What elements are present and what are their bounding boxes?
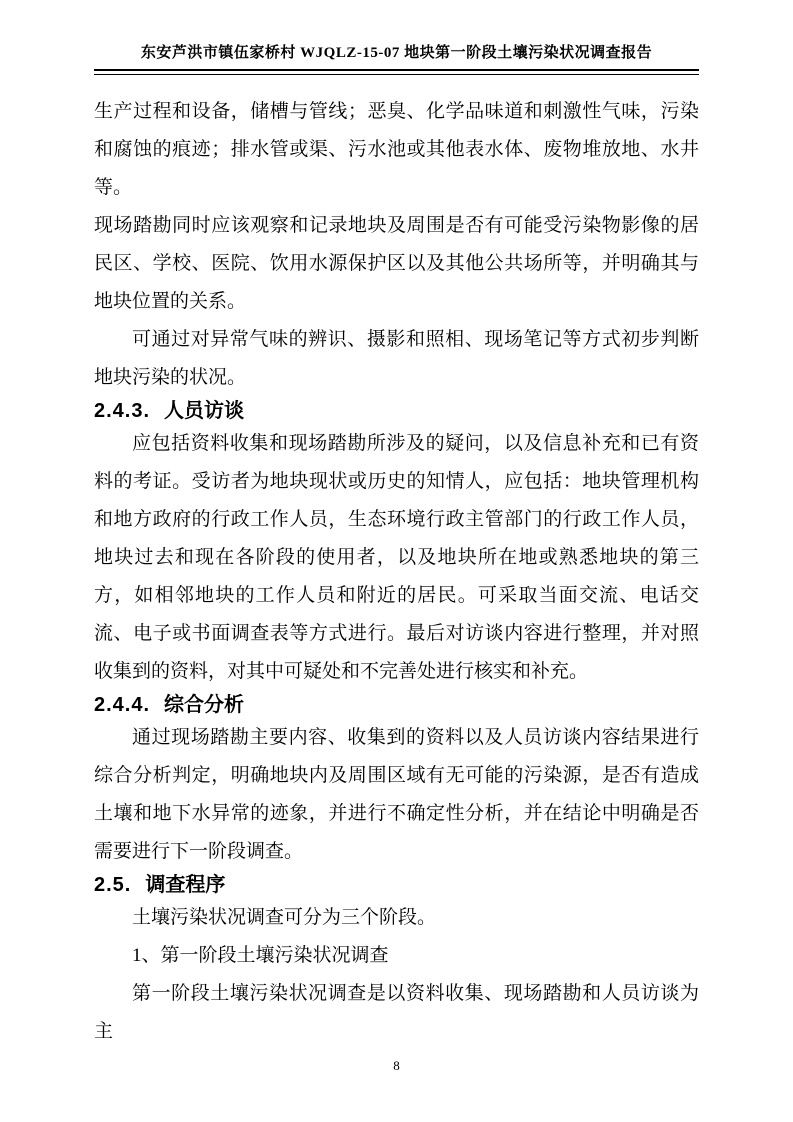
heading-2-5-survey-procedure: 2.5.调查程序 (94, 871, 699, 899)
heading-number: 2.5. (94, 874, 131, 896)
page-header: 东安芦洪市镇伍家桥村 WJQLZ-15-07 地块第一阶段土壤污染状况调查报告 (0, 0, 793, 75)
header-title: 东安芦洪市镇伍家桥村 WJQLZ-15-07 地块第一阶段土壤污染状况调查报告 (94, 42, 699, 64)
paragraph-interview-content: 应包括资料收集和现场踏勘所涉及的疑问，以及信息补充和已有资料的考证。受访者为地块… (94, 425, 699, 691)
paragraph-production-equipment: 生产过程和设备，储槽与管线；恶臭、化学品味道和刺激性气味，污染和腐蚀的痕迹；排水… (94, 93, 699, 207)
heading-number: 2.4.4. (94, 694, 150, 716)
heading-2-4-4-comprehensive-analysis: 2.4.4.综合分析 (94, 691, 699, 719)
paragraph-site-reconnaissance: 现场踏勘同时应该观察和记录地块及周围是否有可能受污染物影像的居民区、学校、医院、… (94, 207, 699, 321)
page-footer: 8 (0, 1058, 793, 1074)
heading-number: 2.4.3. (94, 400, 150, 422)
paragraph-three-stages: 土壤污染状况调查可分为三个阶段。 (94, 899, 699, 937)
paragraph-stage1-title: 1、第一阶段土壤污染状况调查 (94, 937, 699, 975)
heading-text: 综合分析 (164, 694, 244, 716)
paragraph-comprehensive-analysis: 通过现场踏勘主要内容、收集到的资料以及人员访谈内容结果进行综合分析判定，明确地块… (94, 719, 699, 871)
heading-text: 调查程序 (145, 874, 225, 896)
paragraph-odor-judgement: 可通过对异常气味的辨识、摄影和照相、现场笔记等方式初步判断地块污染的状况。 (94, 321, 699, 397)
heading-text: 人员访谈 (164, 400, 244, 422)
document-body: 生产过程和设备，储槽与管线；恶臭、化学品味道和刺激性气味，污染和腐蚀的痕迹；排水… (0, 75, 793, 1051)
heading-2-4-3-personnel-interview: 2.4.3.人员访谈 (94, 397, 699, 425)
page-number: 8 (393, 1058, 400, 1073)
paragraph-stage1-description: 第一阶段土壤污染状况调查是以资料收集、现场踏勘和人员访谈为主 (94, 975, 699, 1051)
document-page: 东安芦洪市镇伍家桥村 WJQLZ-15-07 地块第一阶段土壤污染状况调查报告 … (0, 0, 793, 1122)
